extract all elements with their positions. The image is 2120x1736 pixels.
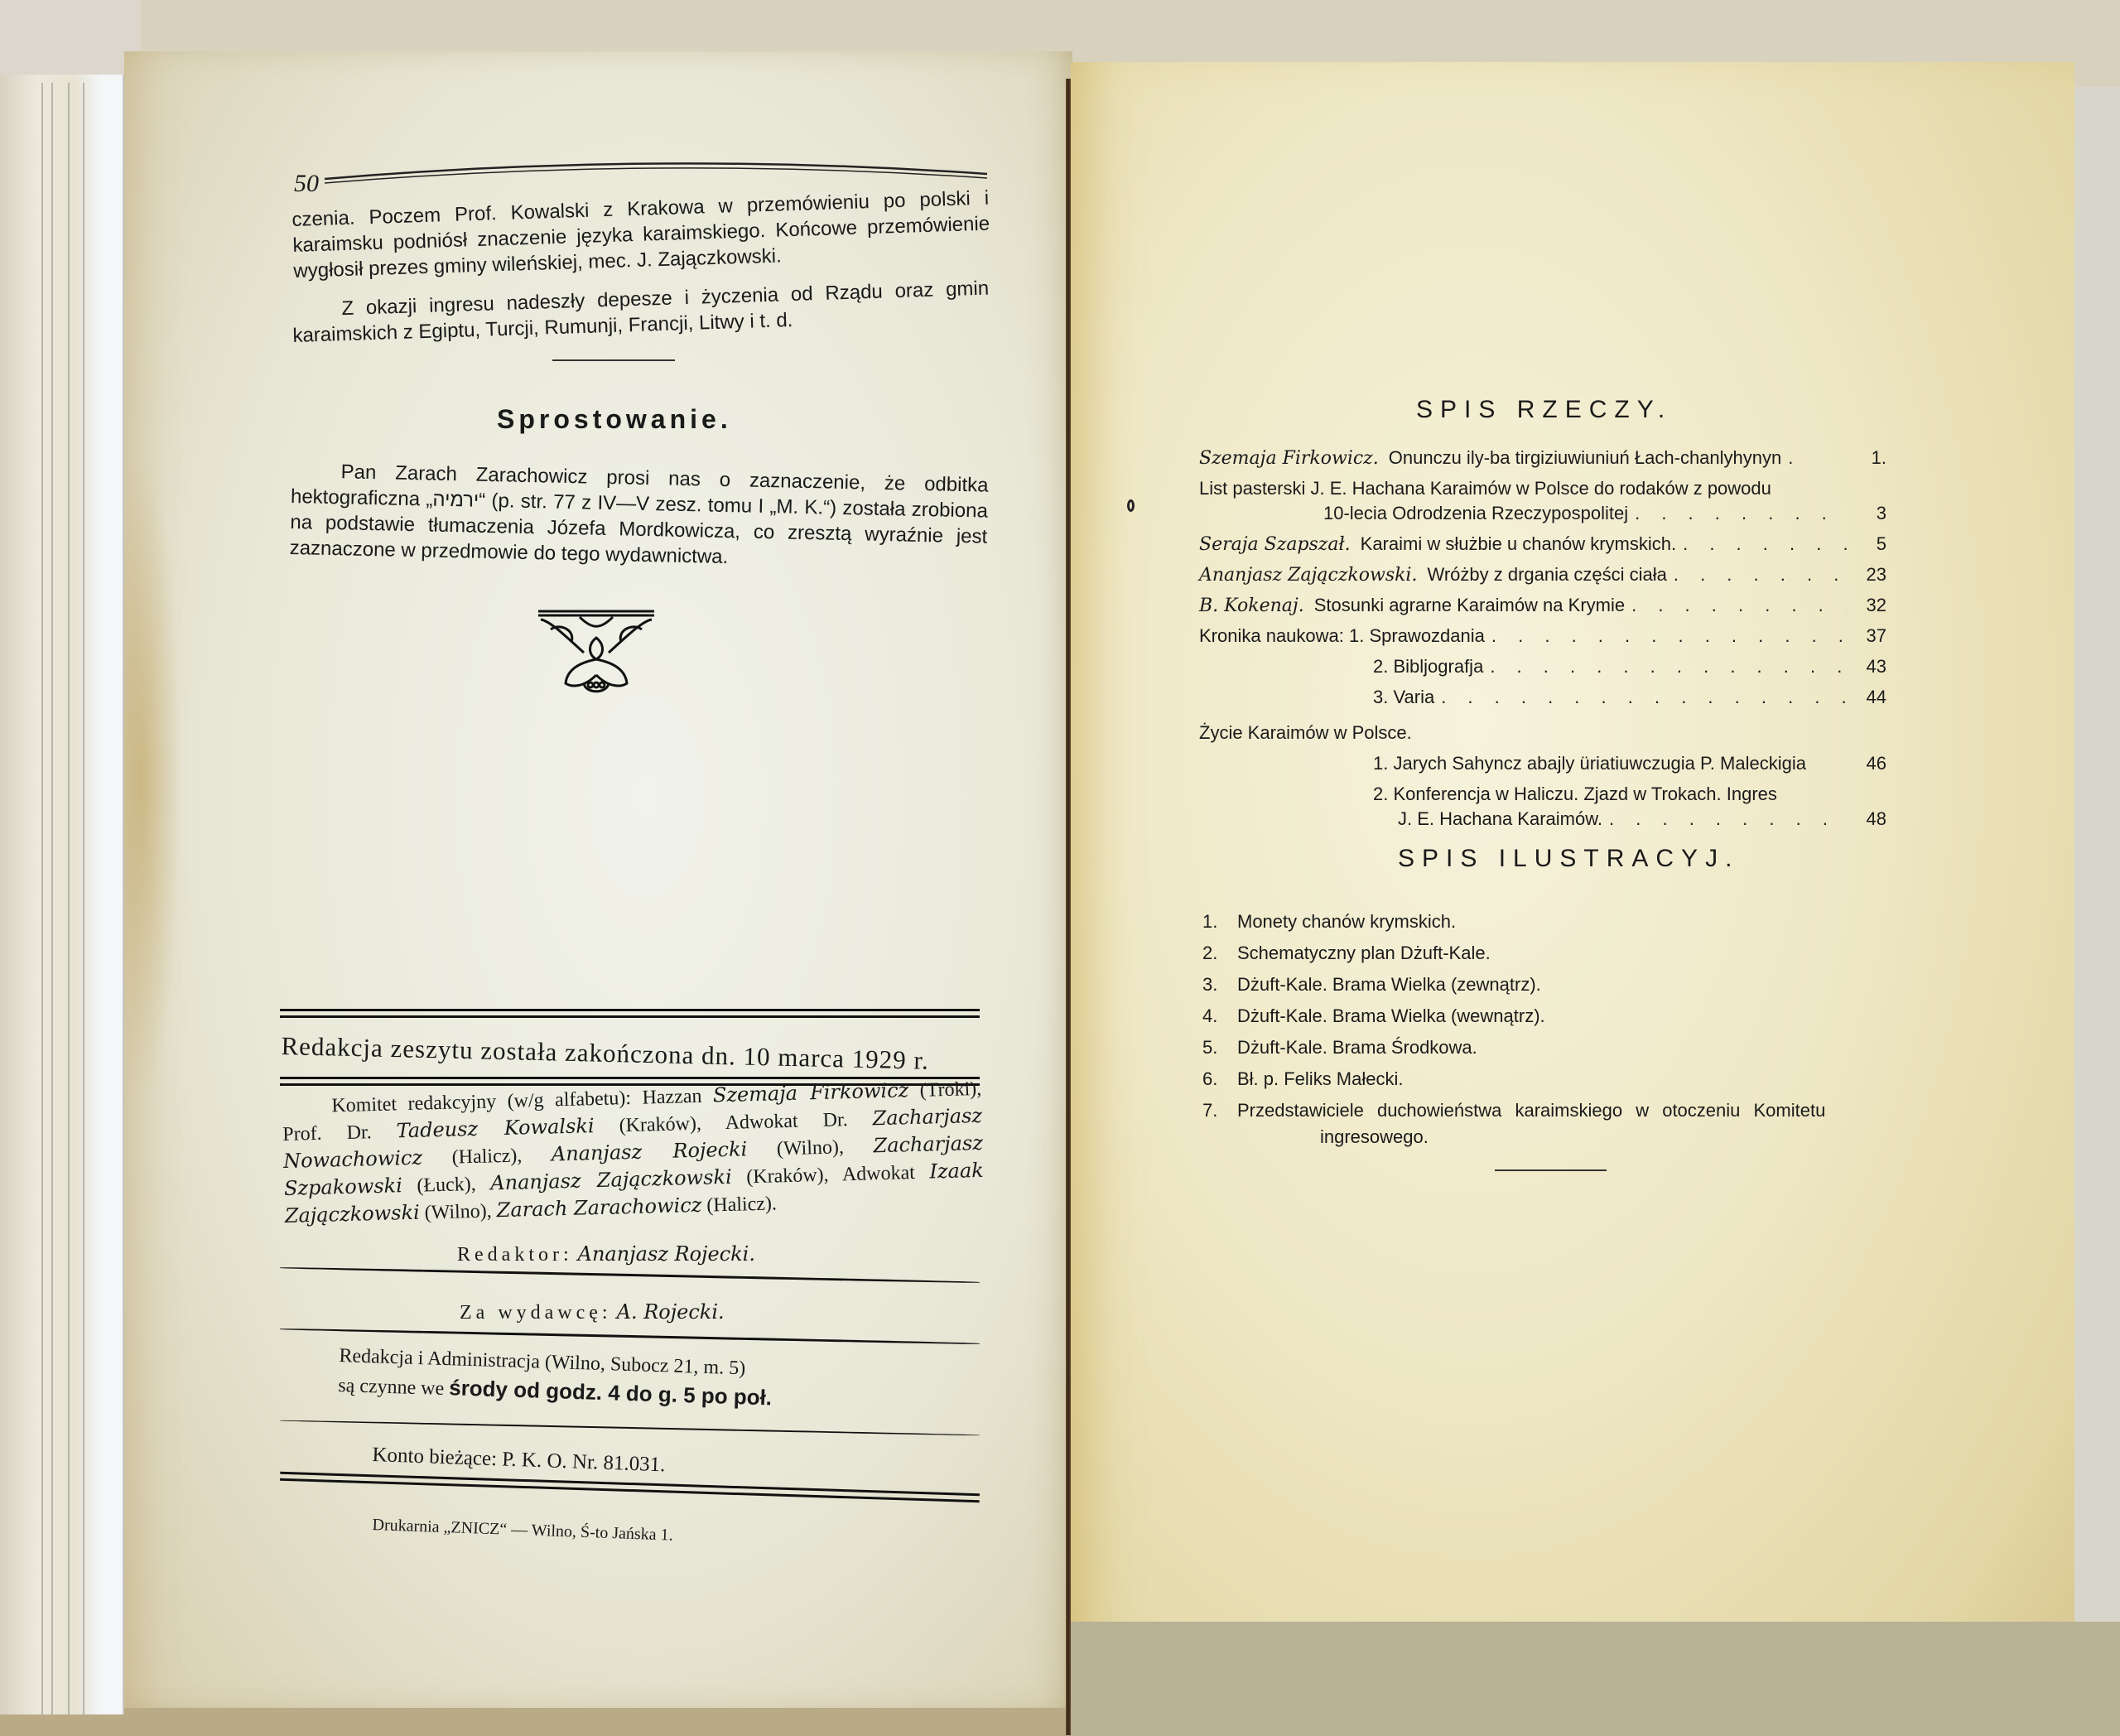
- toc-entry: List pasterski J. E. Hachana Karaimów w …: [1199, 478, 1886, 503]
- background-top-left: [0, 0, 141, 79]
- toc-entry: 3. Varia. . . . . . . . . . . . . . . . …: [1199, 687, 1886, 717]
- correction-heading: Sprostowanie.: [497, 404, 732, 435]
- toc-entry: 2. Konferencja w Haliczu. Zjazd w Trokac…: [1199, 784, 1886, 808]
- illustration-item: 3.Dżuft-Kale. Brama Wielka (zewnątrz).: [1202, 974, 1890, 1005]
- toc-entry: Seraja Szapszał. Karaimi w służbie u cha…: [1199, 533, 1886, 564]
- illustrations-title: SPIS ILUSTRACYJ.: [1398, 845, 1739, 873]
- illustration-item: 5.Dżuft-Kale. Brama Środkowa.: [1202, 1037, 1890, 1068]
- book-gutter: [1066, 79, 1071, 1735]
- illustration-item: 4.Dżuft-Kale. Brama Wielka (wewnątrz).: [1202, 1005, 1890, 1037]
- double-rule: [280, 1009, 980, 1020]
- editor-line: Redaktor: Ananjasz Rojecki.: [457, 1242, 755, 1266]
- editorial-committee: Komitet redakcyjny (w/g alfabetu): Hazza…: [282, 1075, 985, 1230]
- toc-entry: J. E. Hachana Karaimów.. . . . . . . . .…: [1199, 808, 1886, 839]
- toc-entry: Kronika naukowa: 1. Sprawozdania. . . . …: [1199, 625, 1886, 656]
- header-rule: [325, 156, 987, 189]
- background-bottom: [1071, 1622, 2120, 1736]
- table-of-contents: Szemaja Firkowicz. Onunczu ily-ba tirgiz…: [1199, 447, 1886, 839]
- page-mark: [1127, 499, 1135, 512]
- publisher-line: Za wydawcę: A. Rojecki.: [460, 1300, 725, 1324]
- floral-ornament-icon: [534, 605, 658, 704]
- toc-entry: Życie Karaimów w Polsce.: [1199, 722, 1886, 753]
- illustration-item: 7.Przedstawiciele duchowieństwa karaimsk…: [1202, 1100, 1890, 1126]
- toc-entry: B. Kokenaj. Stosunki agrarne Karaimów na…: [1199, 595, 1886, 625]
- paragraph: Z okazji ingresu nadeszły depesze i życz…: [291, 276, 990, 349]
- toc-entry: Ananjasz Zajączkowski. Wróżby z drgania …: [1199, 564, 1886, 595]
- page-number: 50: [294, 170, 319, 198]
- illustration-item: 6.Bł. p. Feliks Małecki.: [1202, 1068, 1890, 1100]
- end-divider: [1495, 1169, 1607, 1171]
- article-text: czenia. Poczem Prof. Kowalski z Krakowa …: [291, 207, 989, 349]
- toc-entry: Szemaja Firkowicz. Onunczu ily-ba tirgiz…: [1199, 447, 1886, 478]
- right-page: [1071, 62, 2074, 1706]
- toc-entry: 1. Jarych Sahyncz abajly üriatiuwczugia …: [1199, 753, 1886, 784]
- illustrations-list: 1.Monety chanów krymskich. 2.Schematyczn…: [1202, 911, 1890, 1155]
- correction-text: Pan Zarach Zarachowicz prosi nas o zazna…: [289, 458, 988, 576]
- toc-entry: 10-lecia Odrodzenia Rzeczypospolitej. . …: [1199, 503, 1886, 533]
- illustration-item-continued: ingresowego.: [1202, 1126, 1890, 1155]
- illustration-item: 2.Schematyczny plan Dżuft-Kale.: [1202, 943, 1890, 974]
- right-page-edge: [2074, 87, 2120, 1661]
- page-stack-edge: [0, 75, 124, 1714]
- toc-entry: 2. Bibljografja. . . . . . . . . . . . .…: [1199, 656, 1886, 687]
- contents-title: SPIS RZECZY.: [1416, 396, 1672, 424]
- illustration-item: 1.Monety chanów krymskich.: [1202, 911, 1890, 943]
- correction-text-block: Pan Zarach Zarachowicz prosi nas o zazna…: [289, 458, 988, 576]
- section-divider: [552, 359, 675, 361]
